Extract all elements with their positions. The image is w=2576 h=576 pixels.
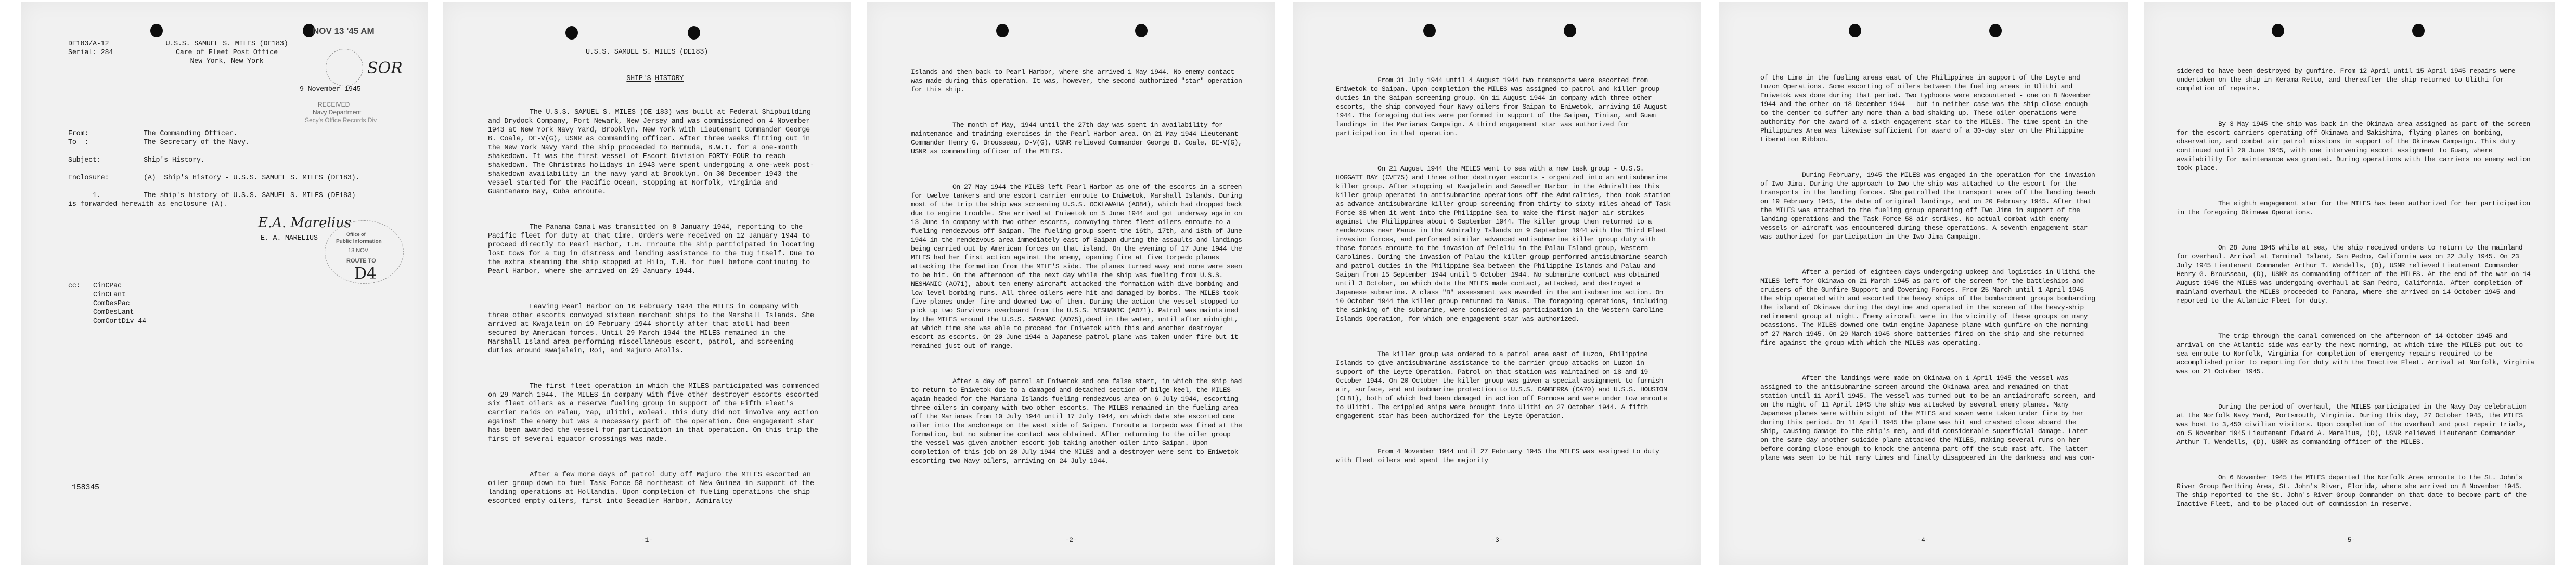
history-paragraph: The killer group was ordered to a patrol… <box>1336 350 1671 421</box>
subject-label: Subject: <box>68 156 101 165</box>
page-body: From 31 July 1944 until 4 August 1944 tw… <box>1336 58 1671 491</box>
routing-handwritten-code: D4 <box>354 265 377 283</box>
history-page-2: Islands and then back to Pearl Harbor, w… <box>867 2 1275 565</box>
to-label: To : <box>68 138 88 147</box>
enclosure-label: Enclosure: <box>68 174 109 182</box>
history-paragraph: During the period of overhaul, the MILES… <box>2176 402 2535 447</box>
body-line-1: The ship's history of U.S.S. SAMUEL S. M… <box>144 191 355 200</box>
history-paragraph: The trip through the canal commenced on … <box>2176 332 2535 376</box>
history-paragraph: After a few more days of patrol duty off… <box>488 470 821 506</box>
subject-value: Ship's History. <box>144 156 205 165</box>
history-paragraph: The month of May, 1944 until the 27th da… <box>911 121 1244 156</box>
history-paragraph: After the landings were made on Okinawa … <box>1760 374 2098 462</box>
page-body: of the time in the fueling areas east of… <box>1760 56 2098 489</box>
letterhead-line-2: Care of Fleet Post Office <box>154 48 300 57</box>
cc-item: ComDesPac <box>93 299 130 308</box>
received-stamp-line-3: Secy's Office Records Div <box>305 116 377 124</box>
heading-word: SHIP'S <box>626 75 651 83</box>
from-label: From: <box>68 129 88 138</box>
history-paragraph: The U.S.S. SAMUEL S. MILES (DE 183) was … <box>488 108 821 197</box>
history-paragraph: Leaving Pearl Harbor on 10 February 1944… <box>488 303 821 356</box>
routing-stamp-line-1: Office of <box>346 232 366 237</box>
routing-stamp-line-2: Public Information <box>336 239 382 244</box>
history-paragraph: On 27 May 1944 the MILES left Pearl Harb… <box>911 182 1244 350</box>
punch-hole <box>150 24 163 37</box>
paragraph-number: 1. <box>93 191 101 200</box>
cc-item: CinCLant <box>93 291 126 299</box>
history-paragraph: sidered to have been destroyed by gunfir… <box>2176 67 2535 93</box>
received-stamp-line-1: RECEIVED <box>318 101 350 108</box>
history-paragraph: The Panama Canal was transitted on 8 Jan… <box>488 223 821 276</box>
page-body: sidered to have been destroyed by gunfir… <box>2176 49 2535 535</box>
cover-letter-page: DE183/A-12 Serial: 284 U.S.S. SAMUEL S. … <box>21 2 428 565</box>
page-number: -2- <box>867 536 1275 544</box>
punch-hole <box>688 26 700 40</box>
history-paragraph: From 4 November 1944 until 27 February 1… <box>1336 447 1671 465</box>
history-paragraph: On 28 June 1945 while at sea, the ship r… <box>2176 243 2535 305</box>
ship-history-heading: SHIP'S HISTORY <box>443 66 851 92</box>
page-number: -3- <box>1293 536 1701 544</box>
received-timestamp-stamp: NOV 13 '45 AM <box>313 26 375 36</box>
history-page-3: From 31 July 1944 until 4 August 1944 tw… <box>1293 2 1701 565</box>
punch-hole <box>565 26 578 40</box>
letterhead-line-1: U.S.S. SAMUEL S. MILES (DE183) <box>154 40 300 48</box>
body-line-2: is forwarded herewith as enclosure (A). <box>68 200 227 209</box>
history-paragraph: After a day of patrol at Eniwetok and on… <box>911 377 1244 465</box>
cc-item: ComDesLant <box>93 308 134 317</box>
history-paragraph: The first fleet operation in which the M… <box>488 382 821 444</box>
handwritten-initials: SOR <box>367 59 403 77</box>
punch-hole <box>1564 24 1576 37</box>
ship-title: U.S.S. SAMUEL S. MILES (DE183) <box>443 48 851 57</box>
punch-hole <box>1849 24 1861 37</box>
history-paragraph: After a period of eighteen days undergoi… <box>1760 268 2098 347</box>
page-body: Islands and then back to Pearl Harbor, w… <box>911 50 1244 492</box>
history-paragraph: From 31 July 1944 until 4 August 1944 tw… <box>1336 76 1671 138</box>
history-paragraph: By 3 May 1945 the ship was back in the O… <box>2176 120 2535 173</box>
punch-hole <box>1989 24 2002 37</box>
letter-date: 9 November 1945 <box>300 85 361 94</box>
cc-label: cc: <box>68 282 81 291</box>
punch-hole <box>996 24 1009 37</box>
history-paragraph: During February, 1945 the MILES was enga… <box>1760 171 2098 241</box>
history-page-1: U.S.S. SAMUEL S. MILES (DE183) SHIP'S HI… <box>443 2 851 565</box>
punch-hole <box>2412 24 2425 37</box>
page-body: The U.S.S. SAMUEL S. MILES (DE 183) was … <box>488 90 821 532</box>
page-number: -1- <box>443 536 851 544</box>
heading-word: HISTORY <box>655 75 684 83</box>
signer-name: E. A. MARELIUS <box>261 234 318 243</box>
punch-hole <box>1423 24 1436 37</box>
file-reference: DE183/A-12 <box>68 40 109 48</box>
history-page-5: sidered to have been destroyed by gunfir… <box>2144 2 2555 565</box>
page-number: -4- <box>1719 536 2128 544</box>
letterhead-line-3: New York, New York <box>154 57 300 66</box>
serial-number: Serial: 284 <box>68 48 113 57</box>
punch-hole <box>1135 24 1148 37</box>
history-paragraph: of the time in the fueling areas east of… <box>1760 73 2098 144</box>
history-paragraph: The eighth engagement star for the MILES… <box>2176 199 2535 217</box>
enclosure-value: (A) Ship's History - U.S.S. SAMUEL S. MI… <box>144 174 359 182</box>
routing-stamp-line-4: ROUTE TO <box>346 258 376 264</box>
history-paragraph: On 6 November 1945 the MILES departed th… <box>2176 473 2535 508</box>
page-number: -5- <box>2144 536 2555 544</box>
history-page-4: of the time in the fueling areas east of… <box>1719 2 2128 565</box>
from-value: The Commanding Officer. <box>144 129 237 138</box>
history-paragraph: On 21 August 1944 the MILES went to sea … <box>1336 164 1671 323</box>
punch-hole <box>2272 24 2284 37</box>
history-paragraph: Islands and then back to Pearl Harbor, w… <box>911 68 1244 94</box>
cc-item: CinCPac <box>93 282 122 291</box>
routing-stamp-line-3: 13 NOV <box>348 247 368 254</box>
received-stamp-line-2: Navy Department <box>313 109 361 116</box>
clock-stamp-icon <box>326 49 363 86</box>
to-value: The Secretary of the Navy. <box>144 138 250 147</box>
cc-item: ComCortDiv 44 <box>93 317 146 326</box>
archive-number: 158345 <box>72 483 99 492</box>
